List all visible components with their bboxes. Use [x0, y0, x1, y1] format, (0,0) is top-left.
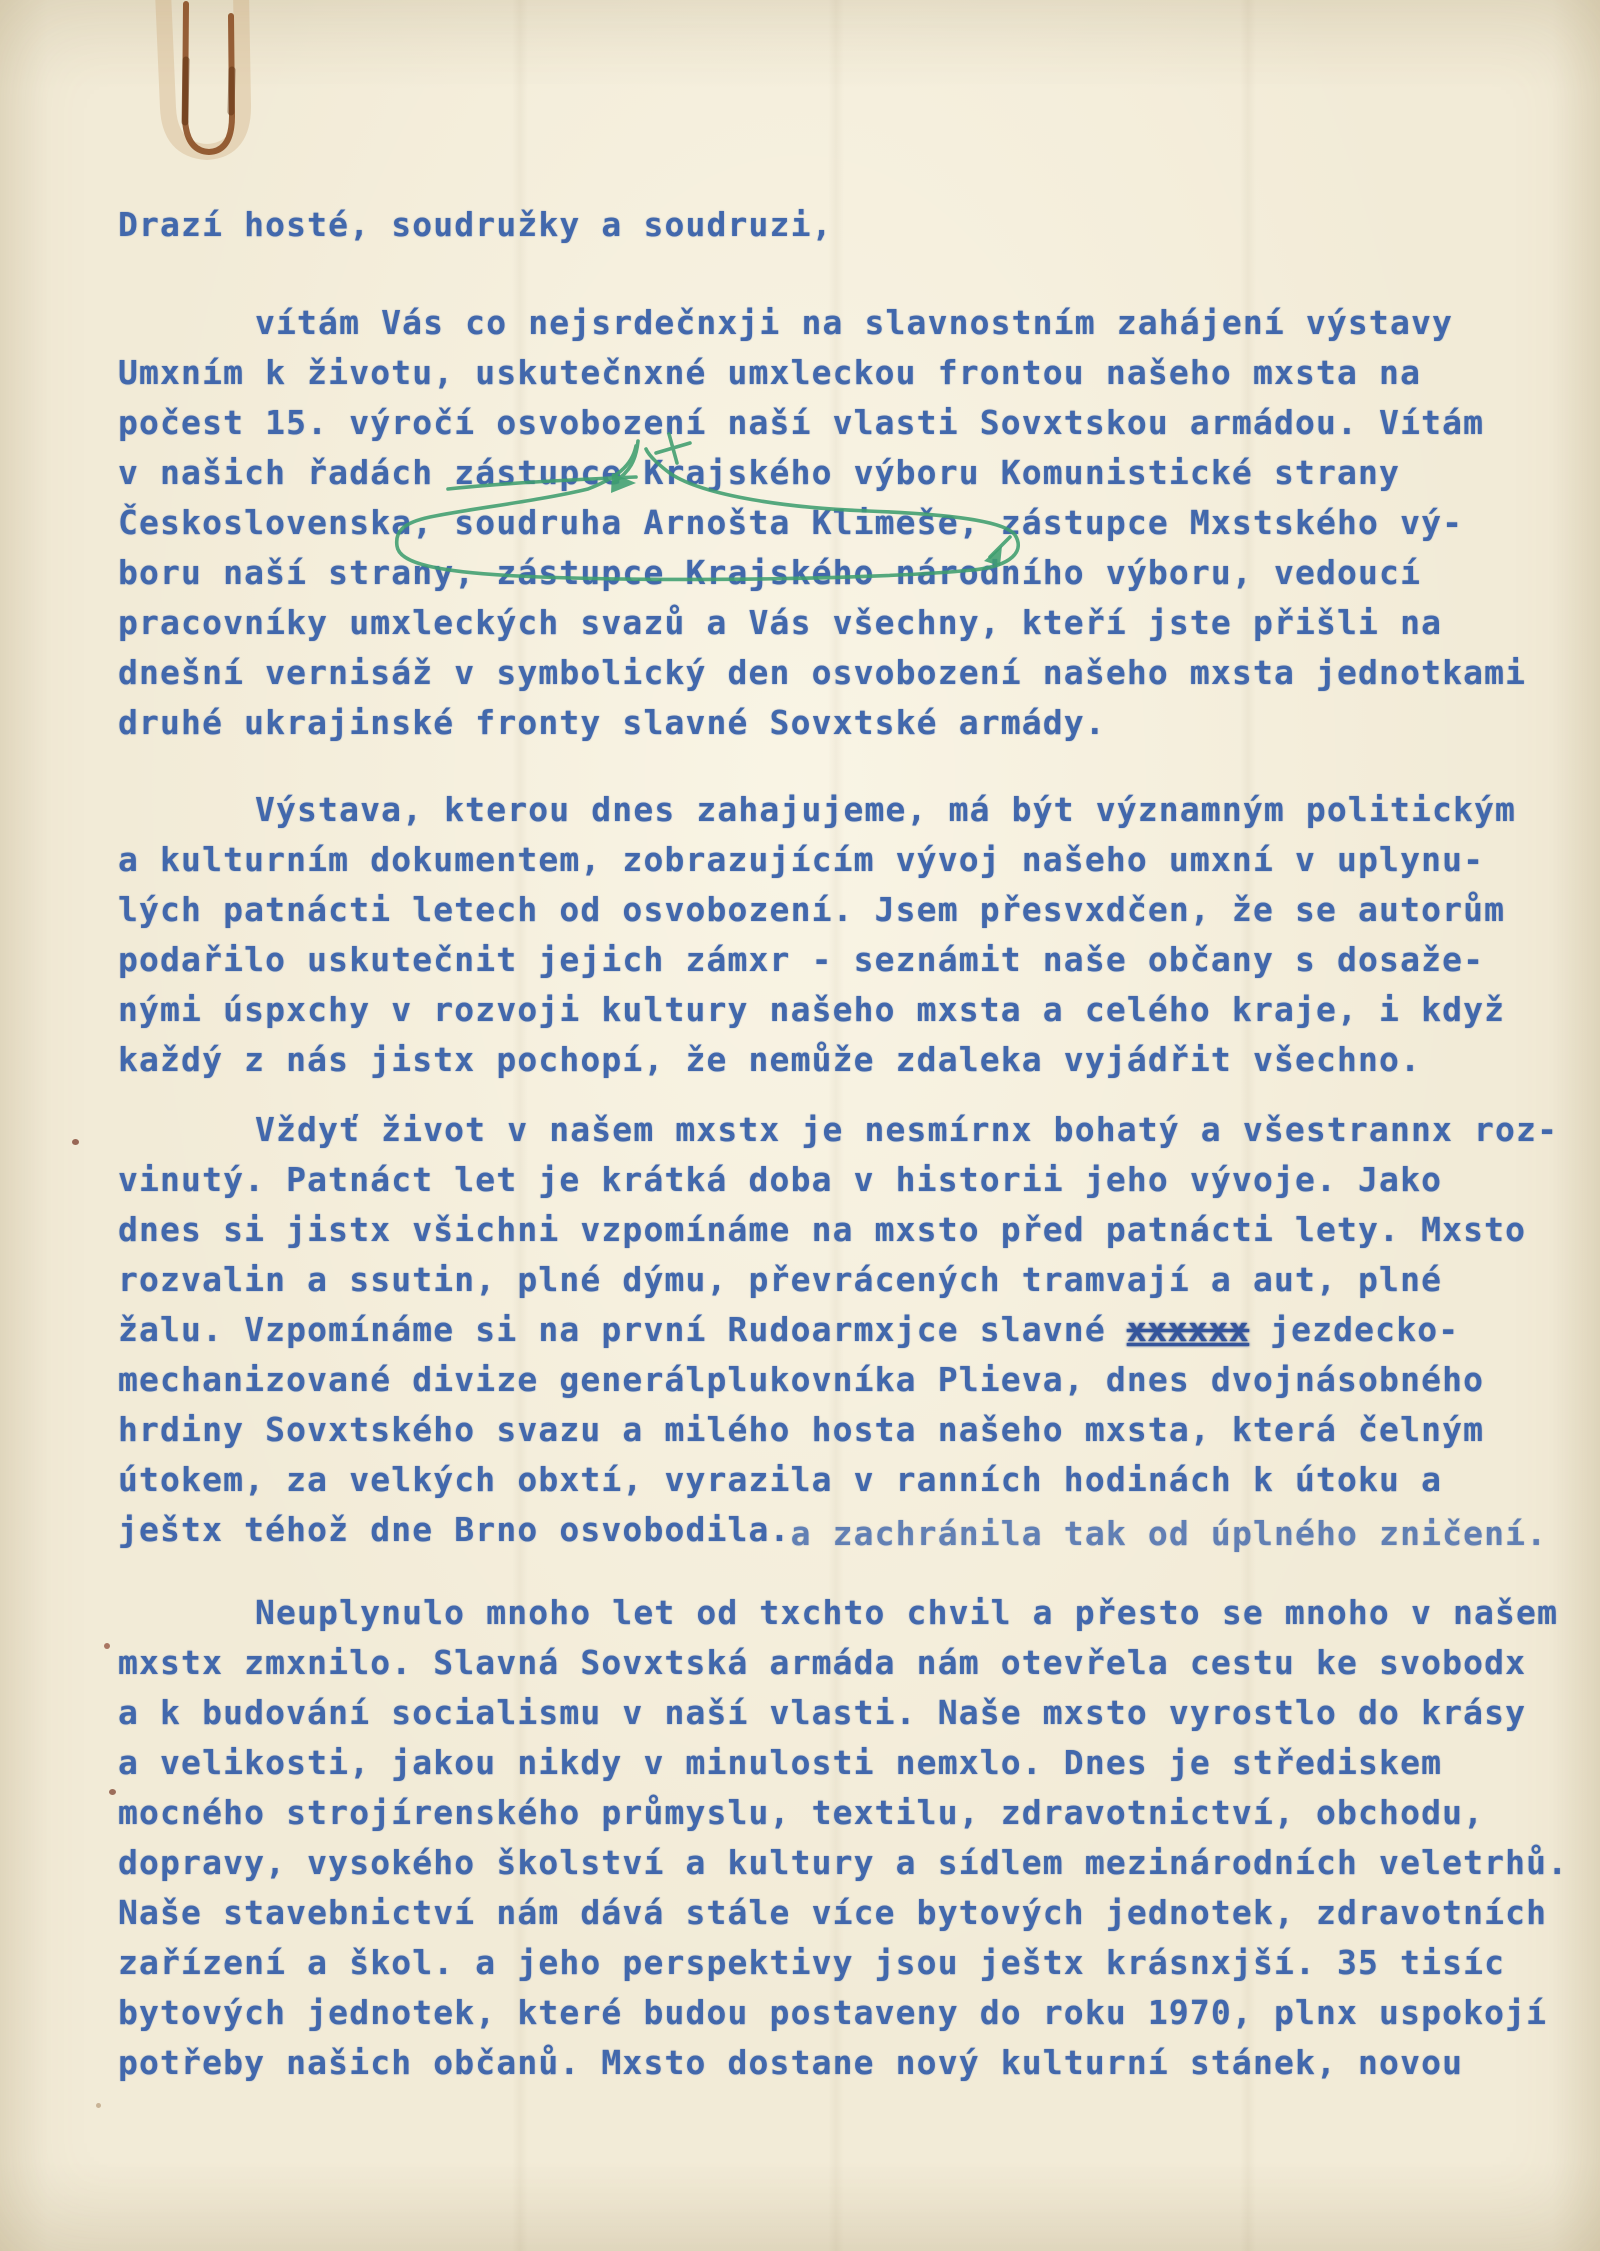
- text-line: mocného strojírenského průmyslu, textilu…: [118, 1788, 1568, 1838]
- text-line: a velikosti, jakou nikdy v minulosti nem…: [118, 1738, 1568, 1788]
- text-line: Neuplynulo mnoho let od txchto chvil a p…: [118, 1588, 1568, 1638]
- text-line: potřeby našich občanů. Mxsto dostane nov…: [118, 2038, 1568, 2088]
- paragraph: Neuplynulo mnoho let od txchto chvil a p…: [118, 1588, 1568, 2088]
- text-line: dnes si jistx všichni vzpomínáme na mxst…: [118, 1205, 1558, 1255]
- document-page: Drazí hosté, soudružky a soudruzi, vítám…: [0, 0, 1600, 2251]
- paper-speck: [104, 1643, 110, 1649]
- text-line: vítám Vás co nejsrdečnxji na slavnostním…: [118, 298, 1526, 348]
- salutation-line: Drazí hosté, soudružky a soudruzi,: [118, 200, 833, 250]
- paragraph: Vždyť život v našem mxstx je nesmírnx bo…: [118, 1105, 1558, 1555]
- text-line: a kulturním dokumentem, zobrazujícím výv…: [118, 835, 1516, 885]
- text-line: Výstava, kterou dnes zahajujeme, má být …: [118, 785, 1516, 835]
- text-line: Československa, soudruha Arnošta Klimeše…: [118, 498, 1526, 548]
- text-line: Vždyť život v našem mxstx je nesmírnx bo…: [118, 1105, 1558, 1155]
- paperclip-rust-stain: [0, 0, 320, 220]
- text-line: Naše stavebnictví nám dává stále více by…: [118, 1888, 1568, 1938]
- text-line: bytových jednotek, které budou postaveny…: [118, 1988, 1568, 2038]
- text-line: útokem, za velkých obxtí, vyrazila v ran…: [118, 1455, 1558, 1505]
- text-line: Umxním k životu, uskutečnxné umxleckou f…: [118, 348, 1526, 398]
- text-line: dopravy, vysokého školství a kultury a s…: [118, 1838, 1568, 1888]
- inserted-phrase: a zachránila tak od úplného zničení.: [791, 1509, 1548, 1559]
- text-line: zařízení a škol. a jeho perspektivy jsou…: [118, 1938, 1568, 1988]
- text-line: žalu. Vzpomínáme si na první Rudoarmxjce…: [118, 1305, 1558, 1355]
- paper-speck: [96, 2103, 101, 2108]
- text-line: vinutý. Patnáct let je krátká doba v his…: [118, 1155, 1558, 1205]
- paper-speck: [72, 1139, 79, 1145]
- text-line: hrdiny Sovxtského svazu a milého hosta n…: [118, 1405, 1558, 1455]
- text-line: každý z nás jistx pochopí, že nemůže zda…: [118, 1035, 1516, 1085]
- text-line: lých patnácti letech od osvobození. Jsem…: [118, 885, 1516, 935]
- text-line: dnešní vernisáž v symbolický den osvoboz…: [118, 648, 1526, 698]
- text-line: ještx téhož dne Brno osvobodila.a zachrá…: [118, 1505, 1558, 1555]
- text-line: druhé ukrajinské fronty slavné Sovxtské …: [118, 698, 1526, 748]
- paper-speck: [109, 1789, 116, 1795]
- text-line: v našich řadách zástupce Krajského výbor…: [118, 448, 1526, 498]
- text-line: rozvalin a ssutin, plné dýmu, převrácený…: [118, 1255, 1558, 1305]
- text-line: boru naší strany, zástupce Krajského nár…: [118, 548, 1526, 598]
- text-line: a k budování socialismu v naší vlasti. N…: [118, 1688, 1568, 1738]
- typed-strikeout: xxxxxx: [1127, 1310, 1249, 1349]
- text-line: mxstx zmxnilo. Slavná Sovxtská armáda ná…: [118, 1638, 1568, 1688]
- text-line: počest 15. výročí osvobození naší vlasti…: [118, 398, 1526, 448]
- text-line: mechanizované divize generálplukovníka P…: [118, 1355, 1558, 1405]
- text-line: nými úspxchy v rozvoji kultury našeho mx…: [118, 985, 1516, 1035]
- text-line: podařilo uskutečnit jejich zámxr - sezná…: [118, 935, 1516, 985]
- paragraph: vítám Vás co nejsrdečnxji na slavnostním…: [118, 298, 1526, 748]
- paragraph: Výstava, kterou dnes zahajujeme, má být …: [118, 785, 1516, 1085]
- text-line: pracovníky umxleckých svazů a Vás všechn…: [118, 598, 1526, 648]
